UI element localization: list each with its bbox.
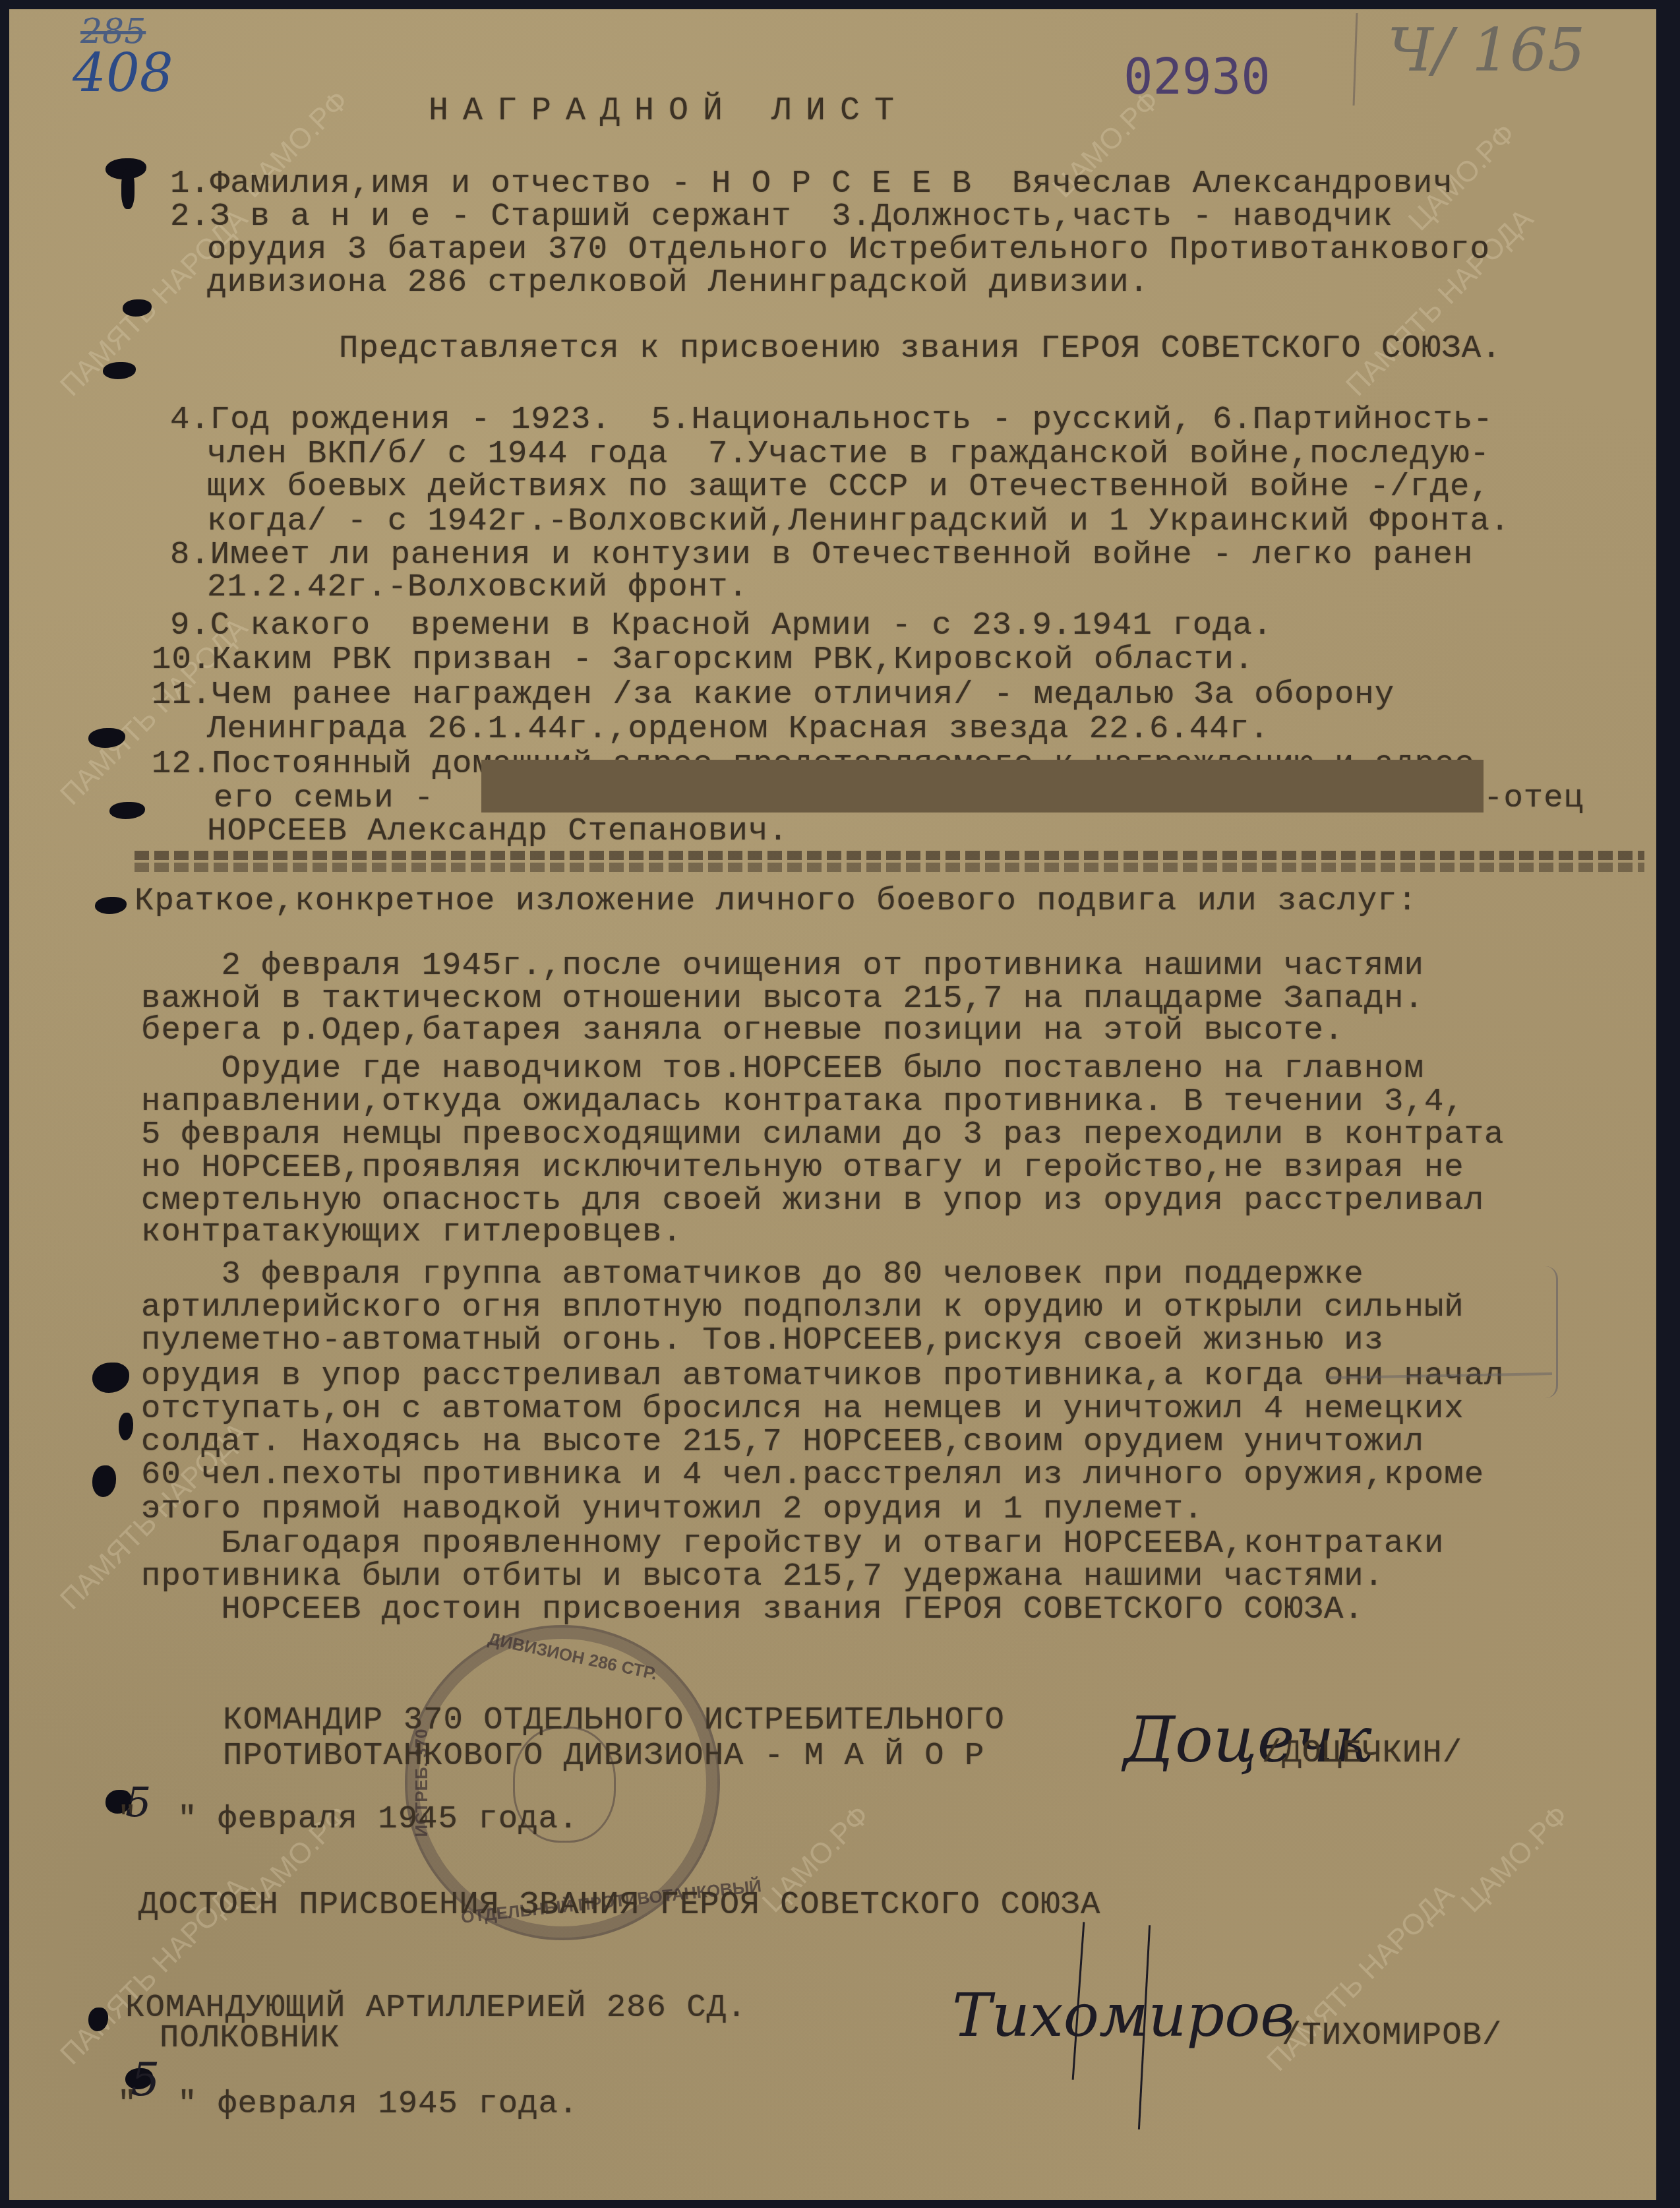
- commander1-name: /ДОЦЕЧКИН/: [1262, 1737, 1462, 1769]
- presented-for-title: Представляется к присвоению звания ГЕРОЯ…: [339, 332, 1501, 365]
- award-sheet-paper: ЦАМО.РФ ЦАМО.РФ ЦАМО.РФ ПАМЯТЬ НАРОДА ПА…: [9, 9, 1656, 2200]
- section-divider: [135, 851, 1644, 860]
- field-8-wounds: 8.Имеет ли ранения и контузии в Отечеств…: [170, 539, 1473, 571]
- pencil-bracket: [1545, 1266, 1558, 1398]
- punch-hole: [92, 1465, 116, 1497]
- commander2-signature: Тихомиров: [952, 1981, 1295, 2050]
- narrative-line: контратакующих гитлеровцев.: [141, 1216, 682, 1248]
- field-3-unit-line1: орудия 3 батареи 370 Отдельного Истребит…: [207, 233, 1490, 266]
- narrative-line: орудия в упор расстреливал автоматчиков …: [141, 1360, 1505, 1392]
- commander2-name: /ТИХОМИРОВ/: [1282, 2019, 1502, 2052]
- date1-quotes: " " февраля 1945 года.: [117, 1803, 578, 1835]
- punch-hole: [92, 1363, 129, 1393]
- punch-hole: [121, 169, 135, 209]
- pencil-archive-mark: Ч/ 165: [1387, 16, 1585, 85]
- field-11-previous-awards-line2: Ленинграда 26.1.44г.,орденом Красная зве…: [207, 713, 1269, 745]
- commander1-title-line1: КОМАНДИР 370 ОТДЕЛЬНОГО ИСТРЕБИТЕЛЬНОГО: [223, 1704, 1005, 1736]
- narrative-line: этого прямой наводкой уничтожил 2 орудия…: [141, 1493, 1203, 1525]
- punch-hole: [109, 802, 145, 819]
- feat-section-heading: Краткое,конкретное изложение личного бое…: [135, 885, 1418, 917]
- narrative-line: пулеметно-автоматный огонь. Тов.НОРСЕЕВ,…: [141, 1324, 1384, 1357]
- narrative-line: важной в тактическом отношении высота 21…: [141, 983, 1424, 1015]
- date2-day: 5: [131, 2052, 160, 2106]
- field-1-fullname: 1.Фамилия,имя и отчество - Н О Р С Е Е В…: [170, 168, 1453, 200]
- commander2-title-line2: ПОЛКОВНИК: [160, 2022, 340, 2054]
- pencil-line: [1353, 13, 1358, 106]
- commander1-title-line2: ПРОТИВОТАНКОВОГО ДИВИЗИОНА - М А Й О Р: [223, 1740, 984, 1772]
- narrative-line: 2 февраля 1945г.,после очищения от проти…: [141, 950, 1424, 982]
- field-9-service-start: 9.С какого времени в Красной Армии - с 2…: [170, 609, 1273, 642]
- field-party-line: член ВКП/б/ с 1944 года 7.Участие в граж…: [207, 438, 1490, 470]
- field-11-previous-awards: 11.Чем ранее награжден /за какие отличия…: [152, 679, 1395, 711]
- narrative-line: Орудие где наводчиком тов.НОРСЕЕВ было п…: [141, 1053, 1424, 1085]
- narrative-line: Благодаря проявленному геройству и отваг…: [141, 1527, 1444, 1560]
- narrative-line: берега р.Одер,батарея заняла огневые поз…: [141, 1014, 1344, 1047]
- narrative-line: смертельную опасность для своей жизни в …: [141, 1184, 1484, 1217]
- field-7-combat-line2: когда/ - с 1942г.-Волховский,Ленинградск…: [207, 505, 1510, 537]
- conclusion-text: ДОСТОЕН ПРИСВОЕНИЯ ЗВАНИЯ ГЕРОЯ СОВЕТСКО…: [138, 1889, 1100, 1921]
- narrative-line: отступать,он с автоматом бросился на нем…: [141, 1393, 1464, 1425]
- punch-hole: [103, 362, 136, 379]
- field-3-unit-line2: дивизиона 286 стрелковой Ленинградской д…: [207, 266, 1149, 299]
- field-4-birth-year: 4.Год рождения - 1923. 5.Национальность …: [170, 404, 1493, 436]
- document-title: НАГРАДНОЙ ЛИСТ: [429, 95, 909, 128]
- field-12-father-name: НОРСЕЕВ Александр Степанович.: [207, 815, 789, 847]
- date1-day: 5: [125, 1778, 151, 1826]
- field-2-rank-position: 2.З в а н и е - Старший сержант 3.Должно…: [170, 200, 1393, 233]
- field-12-family-label: его семьи -: [214, 782, 434, 814]
- watermark: ЦАМО.РФ: [1455, 1799, 1575, 1919]
- redacted-address-block: [481, 760, 1484, 813]
- narrative-line: НОРСЕЕВ достоин присвоения звания ГЕРОЯ …: [141, 1593, 1364, 1626]
- archive-sheet-number: 408: [73, 42, 173, 104]
- section-divider: [135, 863, 1644, 872]
- narrative-line: артиллерийского огня вплотную подползли …: [141, 1291, 1464, 1324]
- narrative-line: солдат. Находясь на высоте 215,7 НОРСЕЕВ…: [141, 1426, 1424, 1458]
- date2-quotes: " " февраля 1945 года.: [117, 2088, 578, 2120]
- narrative-line: 5 февраля немцы превосходящими силами до…: [141, 1119, 1505, 1151]
- field-8-wounds-line2: 21.2.42г.-Волховский фронт.: [207, 571, 748, 603]
- registration-number: 02930: [1124, 49, 1271, 106]
- field-12-father-label: -отец: [1484, 782, 1584, 814]
- narrative-line: 3 февраля группа автоматчиков до 80 чело…: [141, 1258, 1364, 1291]
- narrative-line: направлении,откуда ожидалась контратака …: [141, 1086, 1464, 1118]
- punch-hole: [95, 897, 127, 914]
- field-7-combat-line1: щих боевых действиях по защите СССР и От…: [207, 471, 1490, 503]
- field-10-draft-office: 10.Каким РВК призван - Загорским РВК,Кир…: [152, 644, 1254, 676]
- narrative-line: противника были отбиты и высота 215,7 уд…: [141, 1560, 1384, 1593]
- narrative-line: 60 чел.пехоты противника и 4 чел.расстре…: [141, 1459, 1484, 1491]
- narrative-line: но НОРСЕЕВ,проявляя исключительную отваг…: [141, 1151, 1464, 1184]
- punch-hole: [119, 1413, 133, 1440]
